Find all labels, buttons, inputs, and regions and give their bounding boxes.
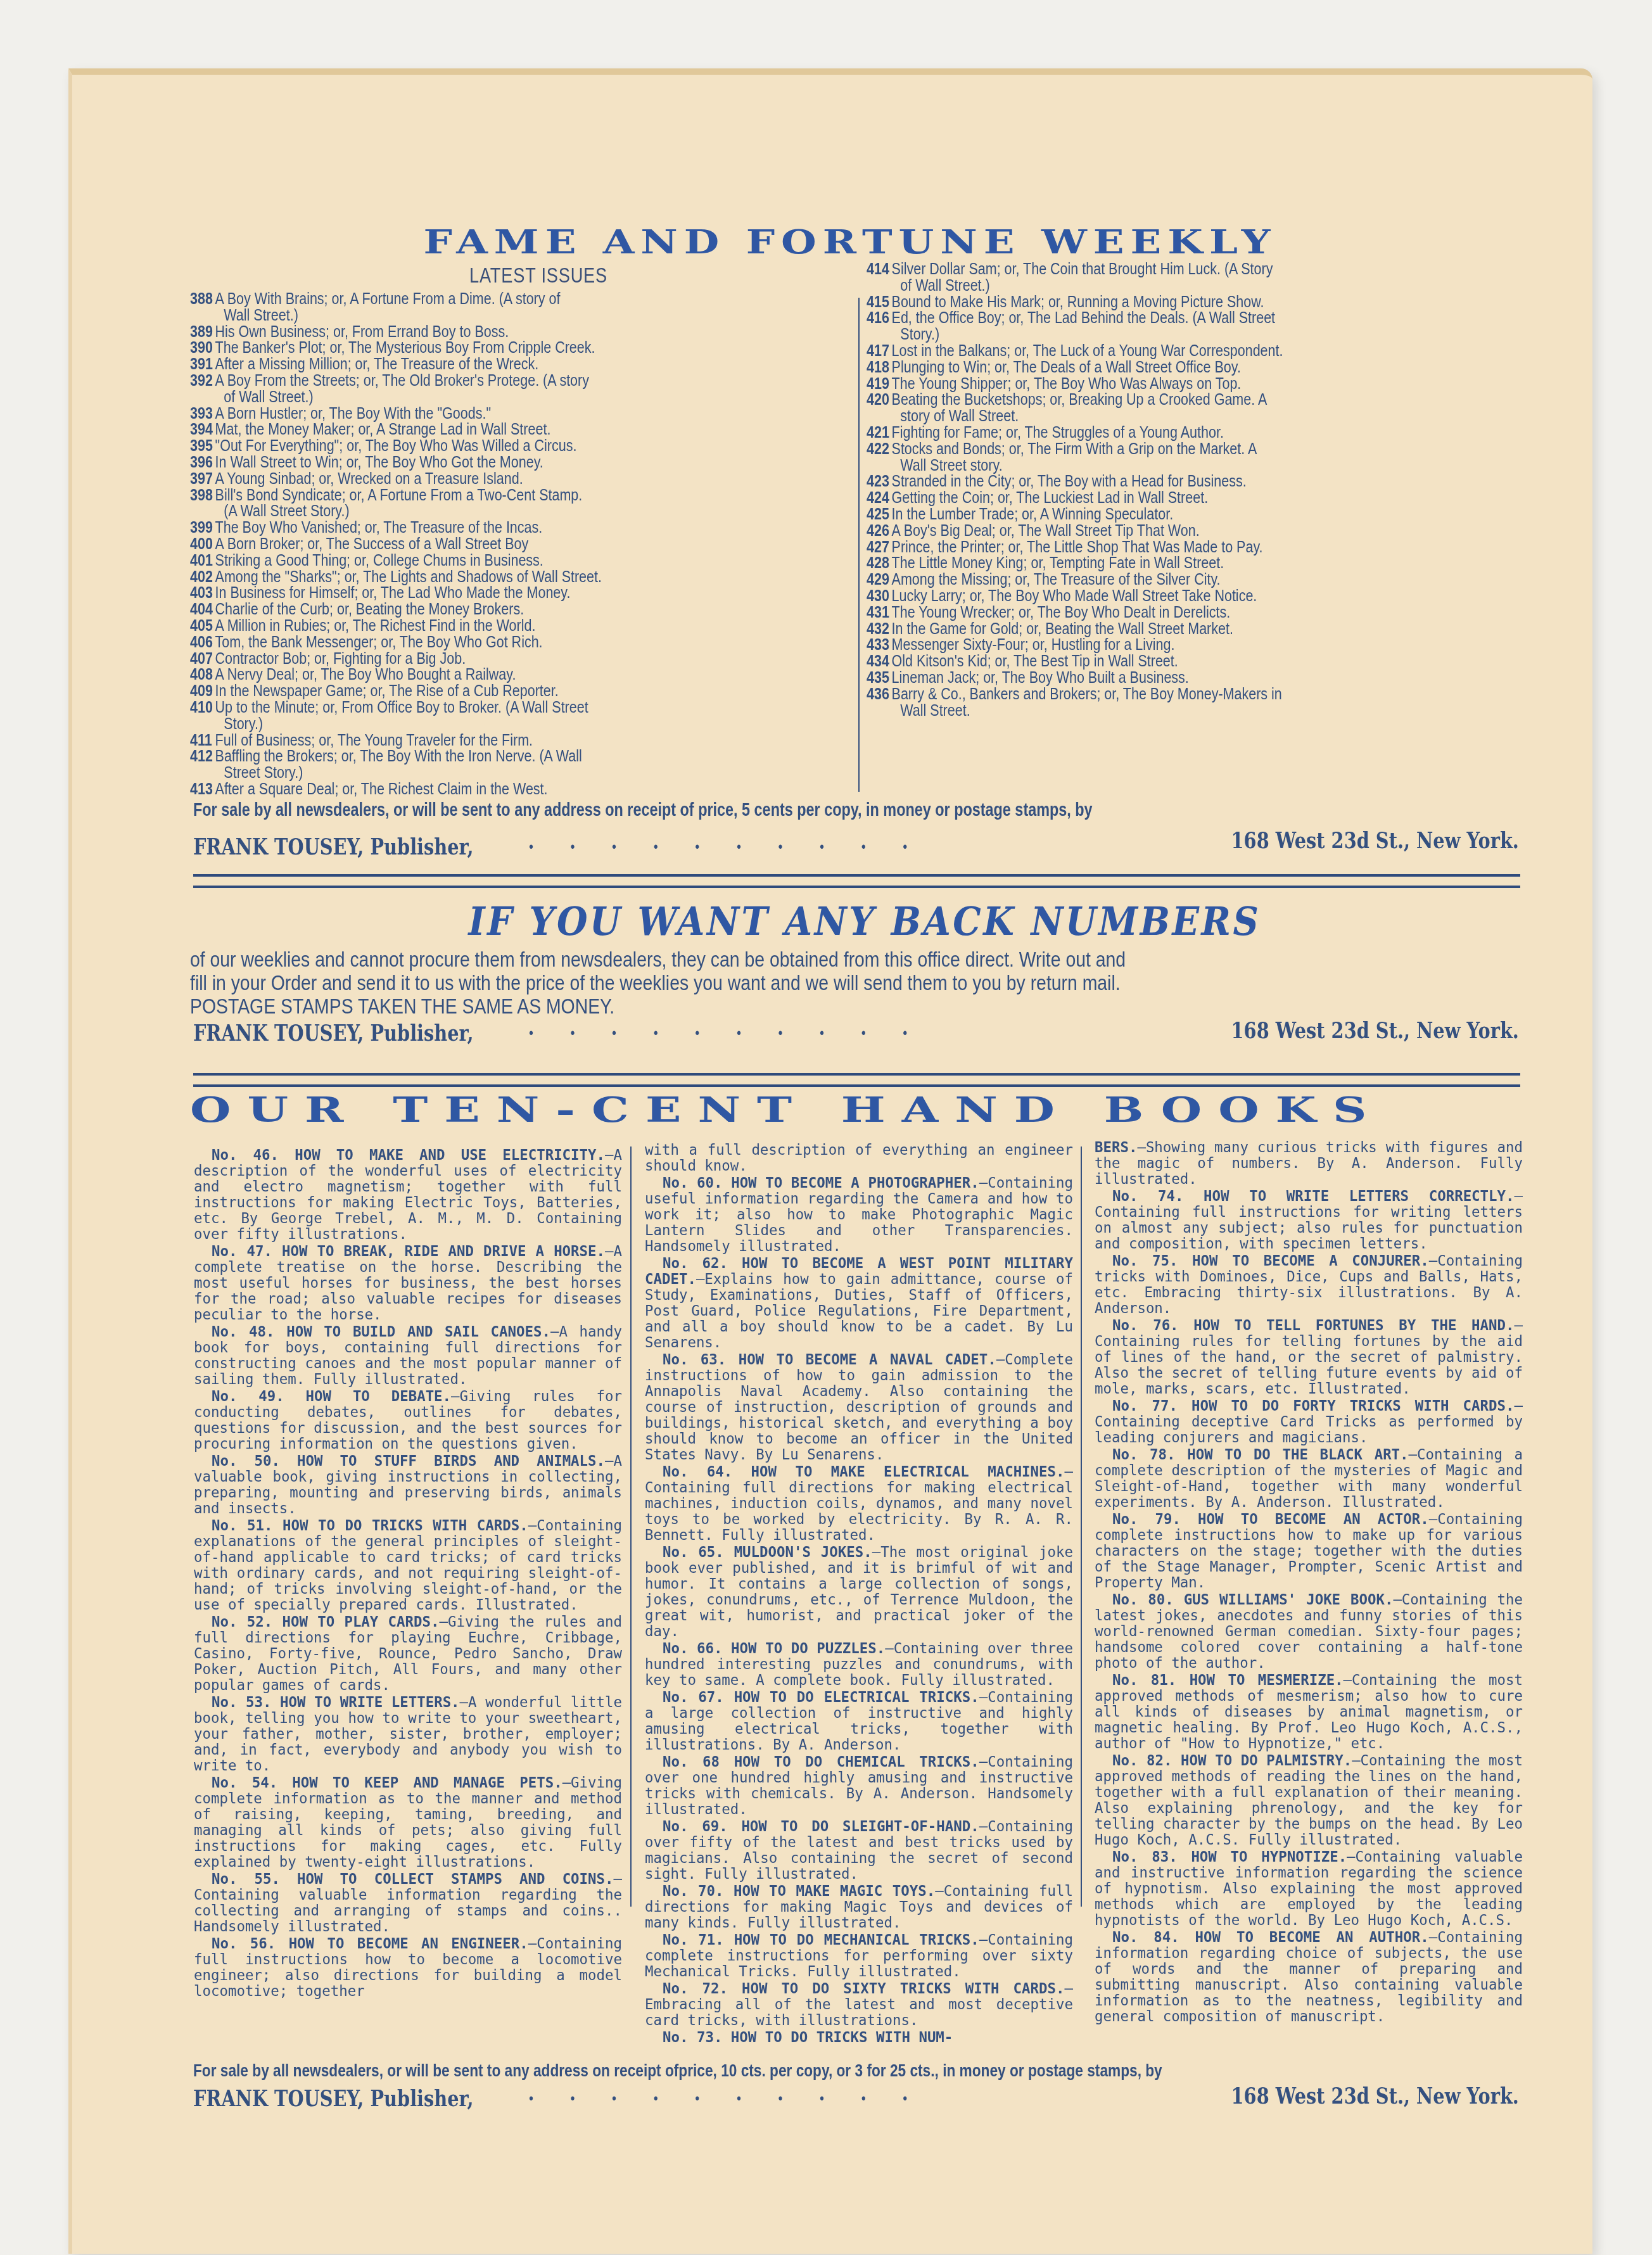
leader-dots: ·········· [511,2085,926,2112]
issue-list-item: 392A Boy From the Streets; or, The Old B… [190,373,882,390]
issue-number: 421 [867,425,889,441]
issue-title: The Little Money King; or, Tempting Fate… [889,556,1525,572]
issue-number: 401 [190,553,213,569]
handbook-entry: No. 67. HOW TO DO ELECTRICAL TRICKS.—Con… [645,1690,1073,1753]
issue-title: Plunging to Win; or, The Deals of a Wall… [889,360,1525,376]
issue-number: 407 [190,651,213,668]
issue-title-continuation: Street Story.) [190,765,882,782]
back-numbers-address: 168 West 23d St., New York. [1231,1017,1519,1044]
handbook-entry: No. 63. HOW TO BECOME A NAVAL CADET.—Com… [645,1352,1073,1463]
handbook-entry-title: No. 68 HOW TO DO CHEMICAL TRICKS. [663,1754,979,1770]
issue-list-item: 416Ed, the Office Boy; or, The Lad Behin… [867,310,1526,327]
issue-list-item: 426A Boy's Big Deal; or, The Wall Street… [867,523,1526,540]
handbook-entry-description: —Explains how to gain admittance, course… [645,1271,1073,1351]
issue-number: 431 [867,605,889,621]
issue-number: 414 [867,262,889,278]
weekly-sale-note: For sale by all newsdealers, or will be … [193,799,1093,821]
issue-number: 408 [190,667,213,683]
leader-dots: ·········· [511,834,926,860]
handbook-entry-title: No. 77. HOW TO DO FORTY TRICKS WITH CARD… [1112,1398,1515,1414]
handbook-entry-title: No. 81. HOW TO MESMERIZE. [1112,1672,1344,1689]
issue-title: Ed, the Office Boy; or, The Lad Behind t… [889,310,1525,327]
handbook-entry-title: No. 79. HOW TO BECOME AN ACTOR. [1112,1511,1429,1528]
handbook-entry: No. 49. HOW TO DEBATE.—Giving rules for … [194,1389,622,1452]
issue-number: 388 [190,291,213,308]
issue-list-item: 430Lucky Larry; or, The Boy Who Made Wal… [867,588,1526,605]
issue-title: After a Missing Million; or, The Treasur… [213,357,882,373]
issue-title: His Own Business; or, From Errand Boy to… [213,324,882,341]
handbook-entry: No. 74. HOW TO WRITE LETTERS CORRECTLY.—… [1095,1189,1523,1252]
issue-number: 433 [867,637,889,654]
issue-title: The Boy Who Vanished; or, The Treasure o… [213,520,882,537]
handbook-entry: No. 83. HOW TO HYPNOTIZE.—Containing val… [1095,1850,1523,1929]
issue-list-item: 406Tom, the Bank Messenger; or, The Boy … [190,635,882,651]
handbook-entry: No. 46. HOW TO MAKE AND USE ELECTRICITY.… [194,1148,622,1243]
handbook-entry-title: No. 53. HOW TO WRITE LETTERS. [212,1694,460,1711]
issue-title: Lucky Larry; or, The Boy Who Made Wall S… [889,588,1525,605]
issue-title: In Business for Himself; or, The Lad Who… [213,585,882,602]
issues-list-left: 388A Boy With Brains; or, A Fortune From… [190,291,882,798]
issue-title: A Million in Rubies; or, The Richest Fin… [213,618,882,635]
issue-list-item: 434Old Kitson's Kid; or, The Best Tip in… [867,654,1526,670]
handbook-entry: No. 48. HOW TO BUILD AND SAIL CANOES.—A … [194,1324,622,1388]
handbook-entry: No. 71. HOW TO DO MECHANICAL TRICKS.—Con… [645,1933,1073,1980]
issue-list-item: 395"Out For Everything"; or, The Boy Who… [190,438,882,455]
handbook-entry-title: No. 67. HOW TO DO ELECTRICAL TRICKS. [663,1689,979,1706]
handbook-entry: No. 51. HOW TO DO TRICKS WITH CARDS.—Con… [194,1518,622,1613]
issue-list-item: 409In the Newspaper Game; or, The Rise o… [190,683,882,700]
issue-title: Prince, the Printer; or, The Little Shop… [889,540,1525,556]
leader-dots: ·········· [511,1020,926,1046]
handbook-entry: No. 78. HOW TO DO THE BLACK ART.—Contain… [1095,1447,1523,1511]
issue-title: A Boy With Brains; or, A Fortune From a … [213,291,882,308]
issue-number: 425 [867,507,889,523]
issue-list-item: 435Lineman Jack; or, The Boy Who Built a… [867,670,1526,687]
issue-list-item: 427Prince, the Printer; or, The Little S… [867,540,1526,556]
handbook-entry: No. 56. HOW TO BECOME AN ENGINEER.—Conta… [194,1936,622,2000]
issue-list-item: 425In the Lumber Trade; or, A Winning Sp… [867,507,1526,523]
double-rule-divider [193,874,1520,888]
masthead-title: FAME AND FORTUNE WEEKLY [248,223,1452,262]
handbook-entry: No. 76. HOW TO TELL FORTUNES BY THE HAND… [1095,1318,1523,1397]
handbook-entry-title: No. 73. HOW TO DO TRICKS WITH NUM- [663,2029,953,2046]
issue-title: Full of Business; or, The Young Traveler… [213,733,882,749]
issue-title: A Young Sinbad; or, Wrecked on a Treasur… [213,471,882,488]
issue-title: The Young Shipper; or, The Boy Who Was A… [889,376,1525,393]
issue-title-continuation: (A Wall Street Story.) [190,504,882,520]
issue-title: Lineman Jack; or, The Boy Who Built a Bu… [889,670,1525,687]
issue-list-item: 401Striking a Good Thing; or, College Ch… [190,553,882,569]
issue-list-item: 389His Own Business; or, From Errand Boy… [190,324,882,341]
issue-list-item: 429Among the Missing; or, The Treasure o… [867,572,1526,588]
handbooks-title: OUR TEN-CENT HAND BOOKS [190,1091,1539,1130]
issue-title: The Banker's Plot; or, The Mysterious Bo… [213,340,882,357]
issue-number: 398 [190,488,213,504]
issue-number: 397 [190,471,213,488]
issue-number: 417 [867,343,889,360]
issue-number: 392 [190,373,213,390]
handbook-entry-title: No. 74. HOW TO WRITE LETTERS CORRECTLY. [1112,1188,1515,1205]
handbooks-column-2: with a full description of everything an… [645,1143,1073,2047]
issue-title: A Boy From the Streets; or, The Old Brok… [213,373,882,390]
handbooks-column-3: BERS.—Showing many curious tricks with f… [1095,1140,1523,2026]
issue-title: Silver Dollar Sam; or, The Coin that Bro… [889,262,1525,278]
column-divider [858,298,860,792]
issue-number: 396 [190,455,213,471]
issue-number: 404 [190,602,213,618]
issue-title: A Nervy Deal; or, The Boy Who Bought a R… [213,667,882,683]
issue-title: Bound to Make His Mark; or, Running a Mo… [889,295,1525,311]
issue-title-continuation: Wall Street story. [867,458,1526,474]
issue-list-item: 398Bill's Bond Syndicate; or, A Fortune … [190,488,882,504]
handbook-entry: No. 69. HOW TO DO SLEIGHT-OF-HAND.—Conta… [645,1819,1073,1883]
issue-title: Contractor Bob; or, Fighting for a Big J… [213,651,882,668]
issue-title: After a Square Deal; or, The Richest Cla… [213,782,882,798]
issue-number: 402 [190,569,213,586]
back-numbers-body: of our weeklies and cannot procure them … [190,948,1535,1018]
issue-list-item: 396In Wall Street to Win; or, The Boy Wh… [190,455,882,471]
issue-list-item: 408A Nervy Deal; or, The Boy Who Bought … [190,667,882,683]
handbook-entry: with a full description of everything an… [645,1143,1073,1174]
issue-title: Stranded in the City; or, The Boy with a… [889,474,1525,490]
issue-number: 415 [867,295,889,311]
handbooks-address: 168 West 23d St., New York. [1231,2083,1519,2109]
handbook-entry-title: BERS. [1095,1140,1137,1156]
handbook-entry: No. 70. HOW TO MAKE MAGIC TOYS.—Containi… [645,1884,1073,1931]
issue-number: 423 [867,474,889,490]
handbook-entry: No. 79. HOW TO BECOME AN ACTOR.—Containi… [1095,1512,1523,1591]
handbook-entry: BERS.—Showing many curious tricks with f… [1095,1140,1523,1188]
issue-number: 389 [190,324,213,341]
issue-number: 419 [867,376,889,393]
handbook-entry-title: No. 76. HOW TO TELL FORTUNES BY THE HAND… [1112,1318,1515,1334]
issue-number: 393 [190,406,213,422]
issue-number: 436 [867,687,889,703]
handbook-entry: No. 60. HOW TO BECOME A PHOTOGRAPHER.—Co… [645,1176,1073,1255]
handbook-entry-title: No. 65. MULDOON'S JOKES. [663,1544,872,1561]
issue-title: The Young Wrecker; or, The Boy Who Dealt… [889,605,1525,621]
issue-title: In the Lumber Trade; or, A Winning Specu… [889,507,1525,523]
handbook-entry: No. 80. GUS WILLIAMS' JOKE BOOK.—Contain… [1095,1592,1523,1672]
issue-list-item: 412Baffling the Brokers; or, The Boy Wit… [190,749,882,765]
issue-title: Up to the Minute; or, From Office Boy to… [213,700,882,716]
issue-title: Striking a Good Thing; or, College Chums… [213,553,882,569]
handbook-entry-title: No. 52. HOW TO PLAY CARDS. [212,1614,440,1630]
issue-list-item: 420Beating the Bucketshops; or, Breaking… [867,392,1526,409]
issue-list-item: 428The Little Money King; or, Tempting F… [867,556,1526,572]
issue-title-continuation: of Wall Street.) [867,278,1526,295]
handbook-entry: No. 64. HOW TO MAKE ELECTRICAL MACHINES.… [645,1464,1073,1544]
issue-title-continuation: Story.) [867,327,1526,343]
issue-number: 411 [190,733,213,749]
issue-list-item: 436Barry & Co., Bankers and Brokers; or,… [867,687,1526,703]
issue-list-item: 418Plunging to Win; or, The Deals of a W… [867,360,1526,376]
issue-list-item: 414Silver Dollar Sam; or, The Coin that … [867,262,1526,278]
issue-list-item: 390The Banker's Plot; or, The Mysterious… [190,340,882,357]
issue-list-item: 402Among the "Sharks"; or, The Lights an… [190,569,882,586]
handbook-entry: No. 73. HOW TO DO TRICKS WITH NUM- [645,2030,1073,2046]
back-numbers-title: IF YOU WANT ANY BACK NUMBERS [258,898,1472,944]
handbook-entry-title: No. 54. HOW TO KEEP AND MANAGE PETS. [212,1775,562,1791]
issue-title: "Out For Everything"; or, The Boy Who Wa… [213,438,882,455]
issue-list-item: 388A Boy With Brains; or, A Fortune From… [190,291,882,308]
issue-list-item: 410Up to the Minute; or, From Office Boy… [190,700,882,716]
double-rule-divider [193,1073,1520,1087]
issue-number: 410 [190,700,213,716]
handbook-entry: No. 50. HOW TO STUFF BIRDS AND ANIMALS.—… [194,1454,622,1517]
issue-number: 427 [867,540,889,556]
issue-list-item: 424Getting the Coin; or, The Luckiest La… [867,490,1526,507]
issue-list-item: 400A Born Broker; or, The Success of a W… [190,537,882,553]
column-divider [1081,1147,1082,1907]
handbook-entry: No. 77. HOW TO DO FORTY TRICKS WITH CARD… [1095,1399,1523,1446]
issue-title: Among the Missing; or, The Treasure of t… [889,572,1525,588]
handbook-entry: No. 65. MULDOON'S JOKES.—The most origin… [645,1545,1073,1640]
handbook-entry-title: No. 60. HOW TO BECOME A PHOTOGRAPHER. [663,1175,979,1191]
handbook-entry: No. 54. HOW TO KEEP AND MANAGE PETS.—Giv… [194,1775,622,1871]
handbook-entry-title: No. 82. HOW TO DO PALMISTRY. [1112,1753,1352,1769]
issue-title: Charlie of the Curb; or, Beating the Mon… [213,602,882,618]
handbook-entry-title: No. 64. HOW TO MAKE ELECTRICAL MACHINES. [663,1464,1065,1480]
issue-list-item: 413After a Square Deal; or, The Richest … [190,782,882,798]
issue-number: 399 [190,520,213,537]
issue-title: A Born Hustler; or, The Boy With the "Go… [213,406,882,422]
issue-number: 434 [867,654,889,670]
issue-list-item: 433Messenger Sixty-Four; or, Hustling fo… [867,637,1526,654]
handbook-entry-title: No. 75. HOW TO BECOME A CONJURER. [1112,1253,1429,1269]
handbook-entry-title: No. 83. HOW TO HYPNOTIZE. [1112,1849,1347,1865]
handbook-entry: No. 75. HOW TO BECOME A CONJURER.—Contai… [1095,1254,1523,1317]
issue-list-item: 404Charlie of the Curb; or, Beating the … [190,602,882,618]
column-divider [630,1147,632,1907]
handbook-entry-title: No. 71. HOW TO DO MECHANICAL TRICKS. [663,1932,979,1948]
issue-number: 428 [867,556,889,572]
issue-title: Baffling the Brokers; or, The Boy With t… [213,749,882,765]
handbooks-publisher-row: FRANK TOUSEY, Publisher, ·········· [193,2085,801,2112]
issue-number: 429 [867,572,889,588]
issue-title: A Boy's Big Deal; or, The Wall Street Ti… [889,523,1525,540]
issue-title-continuation: of Wall Street.) [190,390,882,406]
issue-title: Messenger Sixty-Four; or, Hustling for a… [889,637,1525,654]
issue-list-item: 419The Young Shipper; or, The Boy Who Wa… [867,376,1526,393]
issue-number: 391 [190,357,213,373]
handbook-entry-title: No. 46. HOW TO MAKE AND USE ELECTRICITY. [212,1147,605,1164]
handbook-entry: No. 47. HOW TO BREAK, RIDE AND DRIVE A H… [194,1244,622,1323]
issue-title: In the Game for Gold; or, Beating the Wa… [889,621,1525,638]
publisher-address: 168 West 23d St., New York. [1231,827,1519,854]
issue-title: Fighting for Fame; or, The Struggles of … [889,425,1525,441]
handbook-entry-title: No. 48. HOW TO BUILD AND SAIL CANOES. [212,1324,550,1340]
back-numbers-line-3: POSTAGE STAMPS TAKEN THE SAME AS MONEY. [190,994,1535,1018]
back-numbers-publisher-row: FRANK TOUSEY, Publisher, ·········· [193,1020,801,1046]
issue-title: A Born Broker; or, The Success of a Wall… [213,537,882,553]
issue-list-item: 399The Boy Who Vanished; or, The Treasur… [190,520,882,537]
issue-list-item: 397A Young Sinbad; or, Wrecked on a Trea… [190,471,882,488]
issue-list-item: 393A Born Hustler; or, The Boy With the … [190,406,882,422]
handbook-entry-title: No. 69. HOW TO DO SLEIGHT-OF-HAND. [663,1819,979,1835]
handbook-entry: No. 72. HOW TO DO SIXTY TRICKS WITH CARD… [645,1981,1073,2029]
issue-list-item: 417Lost in the Balkans; or, The Luck of … [867,343,1526,360]
publisher-name: FRANK TOUSEY, Publisher, [193,1020,474,1046]
issue-title: Bill's Bond Syndicate; or, A Fortune Fro… [213,488,882,504]
handbook-entry-title: No. 51. HOW TO DO TRICKS WITH CARDS. [212,1518,528,1534]
issue-number: 413 [190,782,213,798]
handbook-entry-title: No. 50. HOW TO STUFF BIRDS AND ANIMALS. [212,1453,605,1470]
handbook-entry-description: —Complete instructions of how to gain ad… [645,1352,1073,1463]
issue-list-item: 405A Million in Rubies; or, The Richest … [190,618,882,635]
handbook-entry-title: No. 55. HOW TO COLLECT STAMPS AND COINS. [212,1871,614,1888]
issue-number: 405 [190,618,213,635]
issue-title: Lost in the Balkans; or, The Luck of a Y… [889,343,1525,360]
handbook-entry-title: No. 63. HOW TO BECOME A NAVAL CADET. [663,1352,996,1368]
back-numbers-line-2: fill in your Order and send it to us wit… [190,971,1535,994]
handbooks-sale-note: For sale by all newsdealers, or will be … [193,2061,1162,2081]
latest-issues-heading: LATEST ISSUES [412,264,665,288]
handbook-entry: No. 81. HOW TO MESMERIZE.—Containing the… [1095,1673,1523,1752]
handbook-entry-title: No. 70. HOW TO MAKE MAGIC TOYS. [663,1883,935,1900]
issue-list-item: 411Full of Business; or, The Young Trave… [190,733,882,749]
issue-title: Mat, the Money Maker; or, A Strange Lad … [213,422,882,438]
issue-title: Among the "Sharks"; or, The Lights and S… [213,569,882,586]
handbook-entry: No. 55. HOW TO COLLECT STAMPS AND COINS.… [194,1872,622,1935]
handbook-entry-description: with a full description of everything an… [645,1142,1073,1174]
issues-list-right: 414Silver Dollar Sam; or, The Coin that … [867,262,1526,719]
handbook-entry-title: No. 49. HOW TO DEBATE. [212,1388,451,1405]
handbook-entry-description: —Showing many curious tricks with figure… [1095,1140,1523,1188]
handbook-entry-title: No. 80. GUS WILLIAMS' JOKE BOOK. [1112,1592,1393,1608]
issue-number: 394 [190,422,213,438]
issue-number: 426 [867,523,889,540]
issue-list-item: 415Bound to Make His Mark; or, Running a… [867,295,1526,311]
issue-number: 409 [190,683,213,700]
handbook-entry-title: No. 78. HOW TO DO THE BLACK ART. [1112,1447,1409,1463]
issue-number: 418 [867,360,889,376]
issue-number: 403 [190,585,213,602]
issue-number: 424 [867,490,889,507]
issue-number: 390 [190,340,213,357]
handbook-entry: No. 68 HOW TO DO CHEMICAL TRICKS.—Contai… [645,1755,1073,1818]
issue-title: Beating the Bucketshops; or, Breaking Up… [889,392,1525,409]
issue-number: 400 [190,537,213,553]
issue-title: In Wall Street to Win; or, The Boy Who G… [213,455,882,471]
handbook-entry: No. 82. HOW TO DO PALMISTRY.—Containing … [1095,1753,1523,1848]
issue-number: 420 [867,392,889,409]
issue-number: 395 [190,438,213,455]
issue-title-continuation: Wall Street. [867,703,1526,720]
issue-title: Tom, the Bank Messenger; or, The Boy Who… [213,635,882,651]
issue-number: 430 [867,588,889,605]
issue-list-item: 422Stocks and Bonds; or, The Firm With a… [867,441,1526,458]
issue-list-item: 421Fighting for Fame; or, The Struggles … [867,425,1526,441]
handbooks-column-1: No. 46. HOW TO MAKE AND USE ELECTRICITY.… [194,1148,622,2001]
issue-number: 406 [190,635,213,651]
issue-number: 422 [867,441,889,458]
issue-number: 432 [867,621,889,638]
handbook-entry-title: No. 84. HOW TO BECOME AN AUTHOR. [1112,1929,1429,1946]
issue-title-continuation: Wall Street.) [190,308,882,324]
issue-list-item: 407Contractor Bob; or, Fighting for a Bi… [190,651,882,668]
handbook-entry: No. 52. HOW TO PLAY CARDS.—Giving the ru… [194,1615,622,1694]
issue-list-item: 431The Young Wrecker; or, The Boy Who De… [867,605,1526,621]
issue-title: Getting the Coin; or, The Luckiest Lad i… [889,490,1525,507]
issue-title-continuation: Story.) [190,716,882,733]
publisher-name: FRANK TOUSEY, Publisher, [193,2085,474,2112]
issue-title: Stocks and Bonds; or, The Firm With a Gr… [889,441,1525,458]
handbook-entry-title: No. 56. HOW TO BECOME AN ENGINEER. [212,1936,528,1952]
issue-title-continuation: story of Wall Street. [867,409,1526,425]
issue-number: 435 [867,670,889,687]
handbook-entry: No. 53. HOW TO WRITE LETTERS.—A wonderfu… [194,1695,622,1774]
issue-list-item: 432In the Game for Gold; or, Beating the… [867,621,1526,638]
issue-title: Barry & Co., Bankers and Brokers; or, Th… [889,687,1525,703]
issue-number: 416 [867,310,889,327]
issue-list-item: 423Stranded in the City; or, The Boy wit… [867,474,1526,490]
issue-list-item: 394Mat, the Money Maker; or, A Strange L… [190,422,882,438]
handbook-entry-title: No. 72. HOW TO DO SIXTY TRICKS WITH CARD… [663,1981,1065,1997]
issue-title: Old Kitson's Kid; or, The Best Tip in Wa… [889,654,1525,670]
publisher-name: FRANK TOUSEY, Publisher, [193,834,474,860]
handbook-entry-title: No. 66. HOW TO DO PUZZLES. [663,1641,885,1657]
issue-list-item: 403In Business for Himself; or, The Lad … [190,585,882,602]
issue-list-item: 391After a Missing Million; or, The Trea… [190,357,882,373]
back-numbers-line-1: of our weeklies and cannot procure them … [190,948,1535,971]
handbook-entry: No. 84. HOW TO BECOME AN AUTHOR.—Contain… [1095,1930,1523,2025]
handbook-entry-title: No. 47. HOW TO BREAK, RIDE AND DRIVE A H… [212,1243,605,1260]
issue-number: 412 [190,749,213,765]
issue-title: In the Newspaper Game; or, The Rise of a… [213,683,882,700]
handbook-entry: No. 66. HOW TO DO PUZZLES.—Containing ov… [645,1641,1073,1689]
handbook-entry: No. 62. HOW TO BECOME A WEST POINT MILIT… [645,1256,1073,1351]
publisher-row: FRANK TOUSEY, Publisher, ·········· [193,834,801,860]
